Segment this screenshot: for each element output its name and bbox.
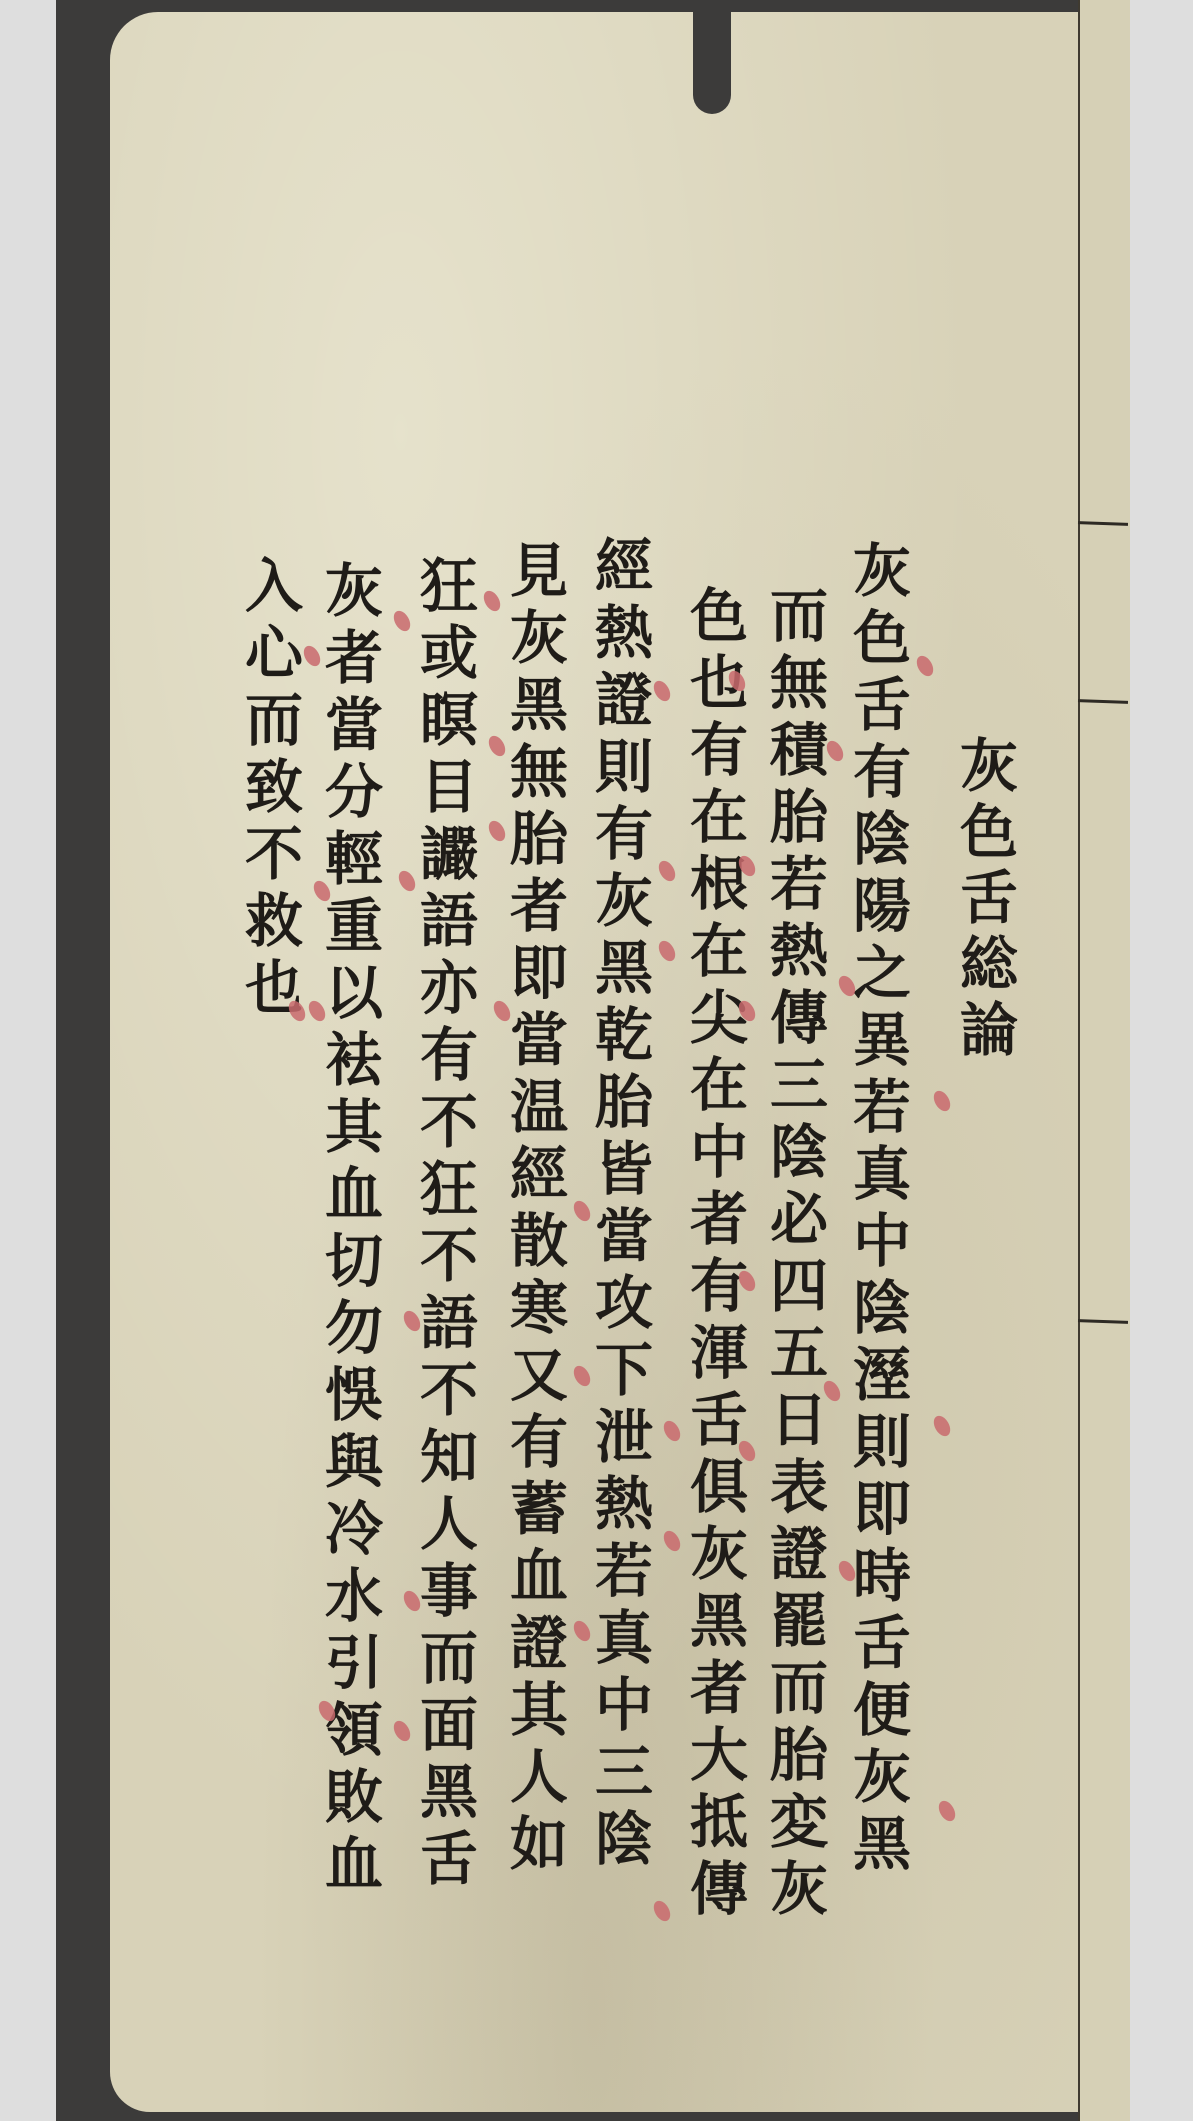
text-column-1: 灰色舌有陰陽之異若真中陰溼則即時舌便灰黑 — [848, 540, 906, 1880]
text-column-4: 經熱證則有灰黑乾胎皆當攻下泄熱若真中三陰 — [590, 535, 648, 1875]
text-column-2: 而無積胎若熱傳三陰必四五日表證罷而胎変灰 — [765, 585, 823, 1925]
binding-notch — [693, 10, 731, 114]
text-column-6: 狂或瞑目讝語亦有不狂不語不知人事而面黑舌 — [415, 555, 473, 1895]
text-column-3: 色也有在根在尖在中者有渾舌俱灰黑者大抵傳 — [685, 585, 743, 1925]
adjacent-leaf-edge — [1078, 0, 1130, 2121]
text-column-5: 見灰黑無胎者即當温經散寒又有蓄血證其人如 — [505, 540, 563, 1880]
text-column-8: 入心而致不救也 — [240, 555, 298, 1024]
text-column-7: 灰者當分輕重以袪其血切勿悞與冷水引領敗血 — [320, 560, 378, 1900]
section-title: 灰色舌総論 — [955, 735, 1013, 1065]
